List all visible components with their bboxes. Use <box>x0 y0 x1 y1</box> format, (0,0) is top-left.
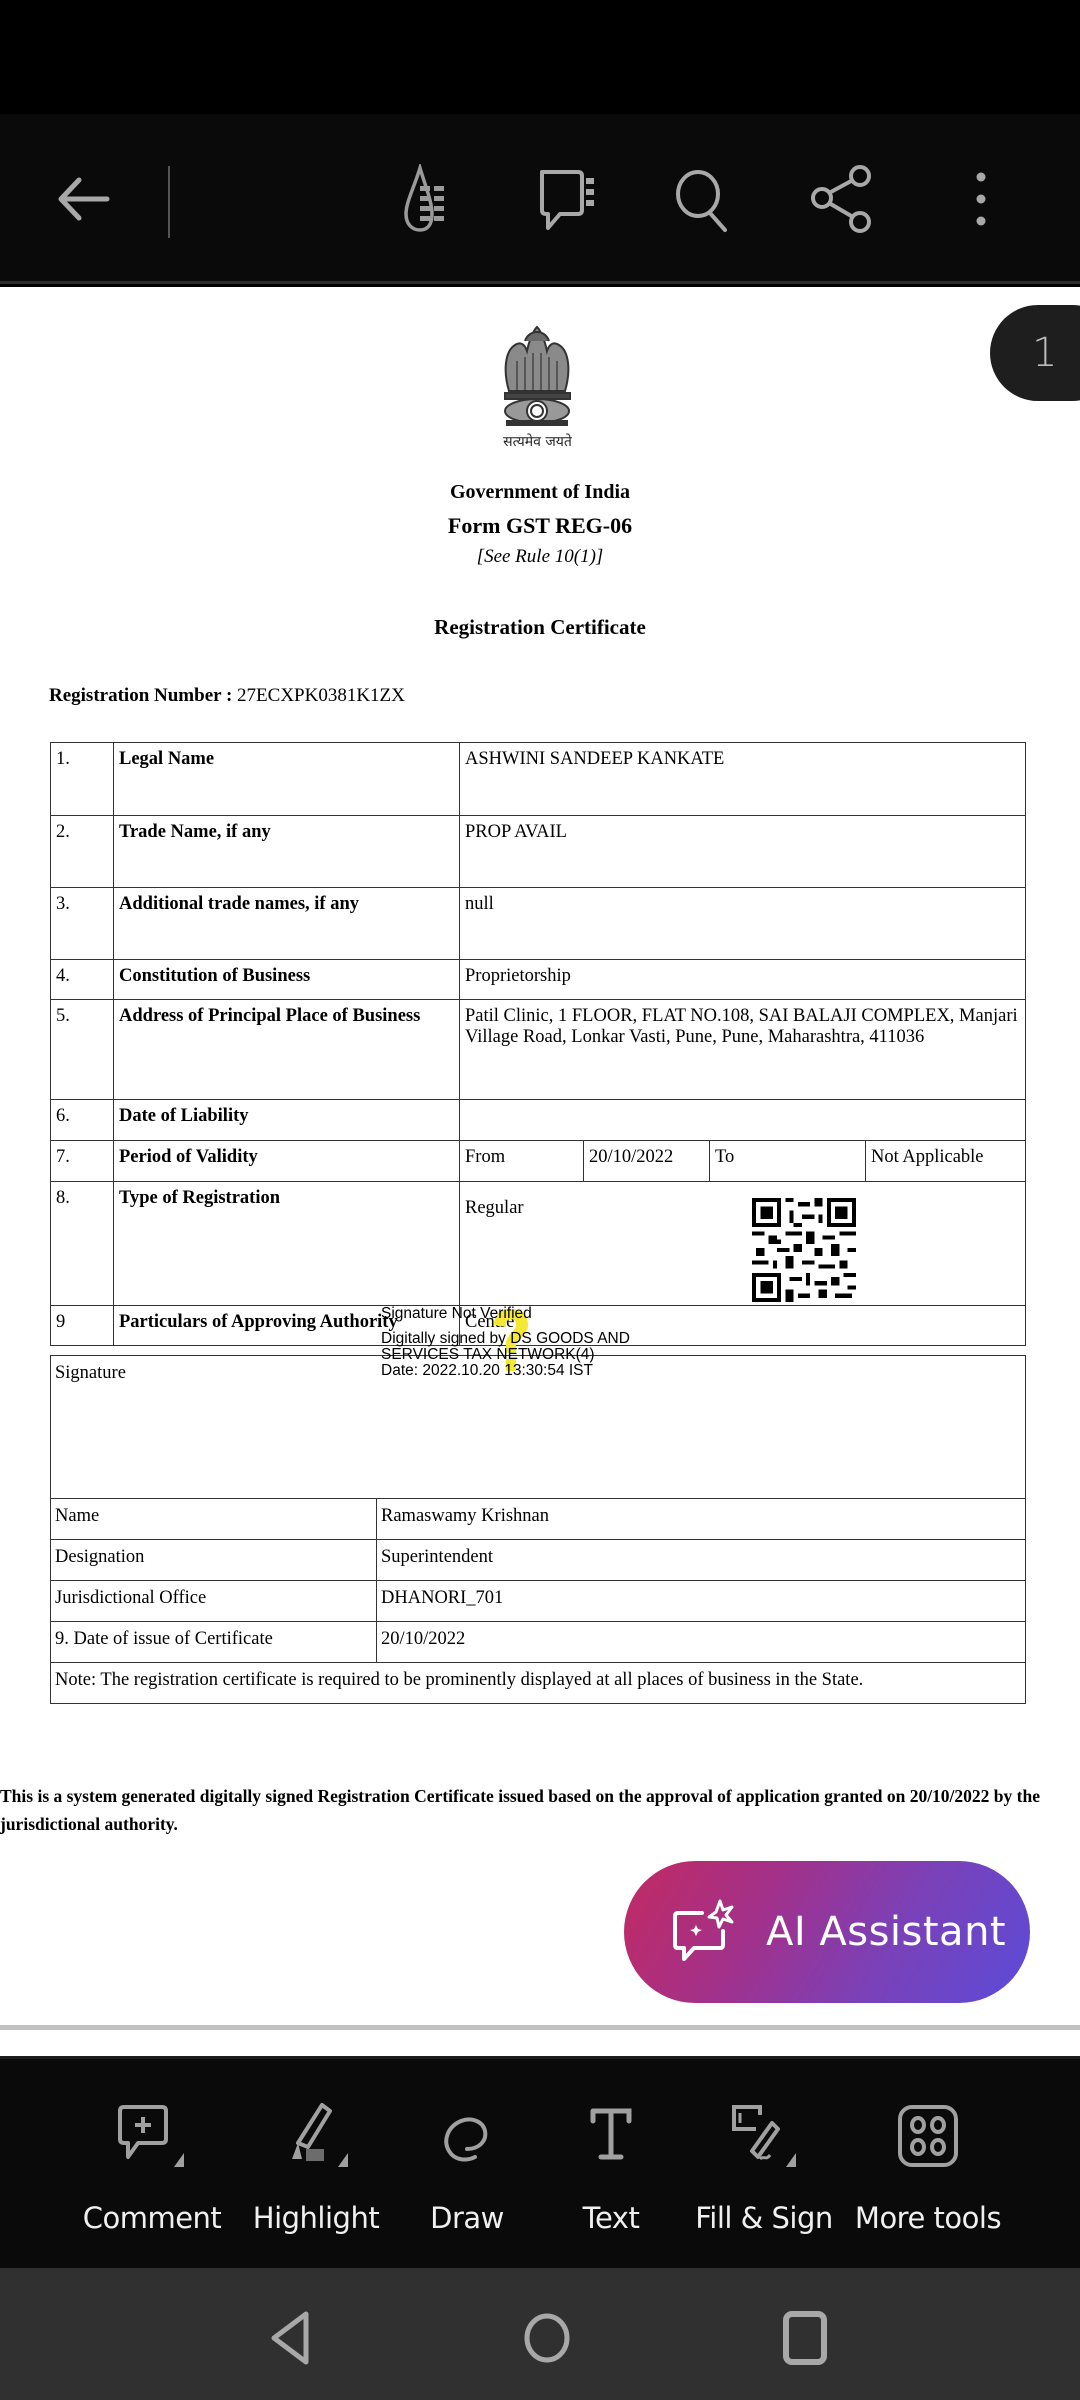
national-emblem-icon <box>495 321 580 431</box>
table-row: 4. Constitution of Business Proprietorsh… <box>51 960 1026 1000</box>
comment-add-icon <box>112 2099 192 2179</box>
table-row: Designation Superintendent <box>51 1540 1026 1581</box>
additional-trade-names-value: null <box>460 888 1026 960</box>
emblem-motto: सत्यमेव जयते <box>480 432 595 451</box>
system-generated-footer: This is a system generated digitally sig… <box>0 1782 1080 1838</box>
bottom-toolbar: Comment Highlight Draw Text Fill & Sign <box>0 2056 1080 2268</box>
table-row: 8. Type of Registration Regular <box>51 1182 1026 1306</box>
certificate-title: Registration Certificate <box>0 615 1080 640</box>
registration-number-label: Registration Number : <box>49 685 232 706</box>
digital-signature-stamp[interactable]: Signature Not VerifiedDigitally signed b… <box>381 1306 630 1379</box>
highlight-icon <box>276 2099 356 2179</box>
date-of-liability-value <box>460 1100 1026 1141</box>
registration-details-table: 1. Legal Name ASHWINI SANDEEP KANKATE 2.… <box>50 742 1026 1346</box>
top-toolbar <box>0 114 1080 284</box>
tool-more-tools[interactable]: More tools <box>848 2099 1008 2259</box>
more-options-icon[interactable] <box>946 164 1016 234</box>
table-row: 9. Date of issue of Certificate 20/10/20… <box>51 1622 1026 1663</box>
nav-home-icon[interactable] <box>512 2308 582 2368</box>
table-row: Jurisdictional Office DHANORI_701 <box>51 1581 1026 1622</box>
validity-from-value: 20/10/2022 <box>584 1141 710 1182</box>
qr-code[interactable] <box>752 1198 856 1302</box>
comments-list-icon[interactable] <box>534 164 604 234</box>
note-text: Note: The registration certificate is re… <box>51 1663 1026 1704</box>
ai-chat-sparkle-icon <box>672 1899 740 1965</box>
tool-fill-sign[interactable]: Fill & Sign <box>684 2099 844 2259</box>
tool-highlight[interactable]: Highlight <box>236 2099 396 2259</box>
trade-name-value: PROP AVAIL <box>460 816 1026 888</box>
system-navigation-bar <box>0 2268 1080 2400</box>
document-viewer[interactable]: सत्यमेव जयते Government of India Form GS… <box>0 287 1080 2057</box>
validity-to-value: Not Applicable <box>866 1141 1026 1182</box>
table-row: Name Ramaswamy Krishnan <box>51 1499 1026 1540</box>
table-row: 7. Period of Validity From 20/10/2022 To… <box>51 1141 1026 1182</box>
tool-text[interactable]: Text <box>531 2099 691 2259</box>
approving-authority-table: Signature Name Ramaswamy Krishnan Design… <box>50 1355 1026 1704</box>
table-row: 2. Trade Name, if any PROP AVAIL <box>51 816 1026 888</box>
back-arrow-icon[interactable] <box>48 164 118 234</box>
table-row: 3. Additional trade names, if any null <box>51 888 1026 960</box>
issue-date-value: 20/10/2022 <box>377 1622 1026 1663</box>
address-value: Patil Clinic, 1 FLOOR, FLAT NO.108, SAI … <box>460 1000 1026 1100</box>
nav-back-icon[interactable] <box>256 2308 326 2368</box>
search-icon[interactable] <box>670 164 740 234</box>
registration-number: Registration Number : 27ECXPK0381K1ZX <box>49 685 405 707</box>
text-icon <box>571 2099 651 2179</box>
ai-assistant-label: AI Assistant <box>766 1909 1006 1955</box>
form-title: Form GST REG-06 <box>0 513 1080 539</box>
legal-name-value: ASHWINI SANDEEP KANKATE <box>460 743 1026 816</box>
page-separator <box>0 2025 1080 2030</box>
jurisdictional-office-value: DHANORI_701 <box>377 1581 1026 1622</box>
tool-comment[interactable]: Comment <box>72 2099 232 2259</box>
table-row: 6. Date of Liability <box>51 1100 1026 1141</box>
draw-icon <box>427 2099 507 2179</box>
share-icon[interactable] <box>808 164 878 234</box>
table-row: 5. Address of Principal Place of Busines… <box>51 1000 1026 1100</box>
tool-draw[interactable]: Draw <box>387 2099 547 2259</box>
more-tools-icon <box>888 2099 968 2179</box>
registration-type-value: Regular <box>460 1182 1026 1306</box>
page-number-indicator: 1 <box>990 305 1080 401</box>
toolbar-divider <box>168 166 170 238</box>
nav-recents-icon[interactable] <box>770 2308 840 2368</box>
liquid-mode-icon[interactable] <box>398 164 468 234</box>
note-row: Note: The registration certificate is re… <box>51 1663 1026 1704</box>
fill-sign-icon <box>724 2099 804 2179</box>
status-bar <box>0 0 1080 114</box>
designation-value: Superintendent <box>377 1540 1026 1581</box>
ai-assistant-button[interactable]: AI Assistant <box>624 1861 1030 2003</box>
registration-number-value: 27ECXPK0381K1ZX <box>237 685 405 706</box>
rule-reference: [See Rule 10(1)] <box>0 546 1080 568</box>
authority-name-value: Ramaswamy Krishnan <box>377 1499 1026 1540</box>
table-row: 1. Legal Name ASHWINI SANDEEP KANKATE <box>51 743 1026 816</box>
constitution-value: Proprietorship <box>460 960 1026 1000</box>
government-heading: Government of India <box>0 481 1080 504</box>
